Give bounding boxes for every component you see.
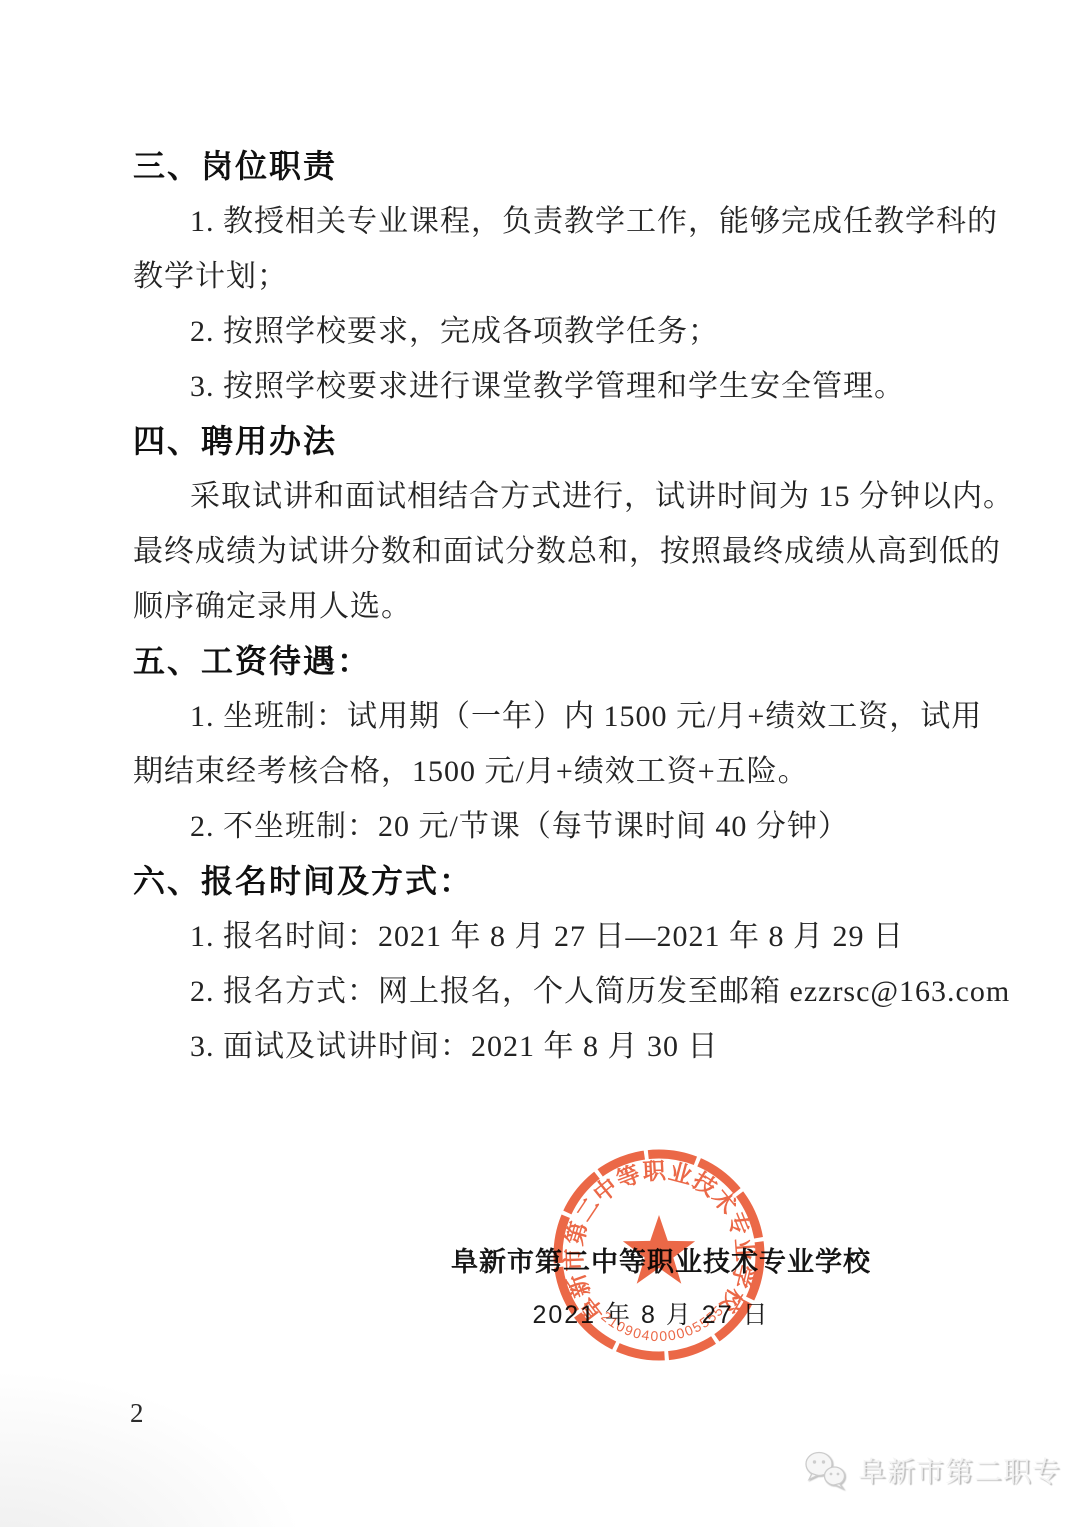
doc-line: 2. 不坐班制：20 元/节课（每节课时间 40 分钟） — [133, 799, 948, 854]
watermark-text: 阜新市第二职专 — [858, 1450, 1061, 1490]
doc-line: 3. 按照学校要求进行课堂教学管理和学生安全管理。 — [133, 359, 948, 414]
document-page: 三、岗位职责 1. 教授相关专业课程，负责教学工作，能够完成任教学科的 教学计划… — [0, 0, 1080, 1527]
doc-line: 最终成绩为试讲分数和面试分数总和，按照最终成绩从高到低的 — [133, 524, 948, 579]
doc-line: 顺序确定录用人选。 — [133, 579, 948, 634]
doc-line: 1. 教授相关专业课程，负责教学工作，能够完成任教学科的 — [133, 194, 948, 249]
wechat-watermark: 阜新市第二职专 — [804, 1450, 1061, 1490]
doc-line: 2. 报名方式：网上报名，个人简历发至邮箱 ezzrsc@163.com — [133, 964, 948, 1019]
doc-line: 1. 报名时间：2021 年 8 月 27 日—2021 年 8 月 29 日 — [133, 909, 948, 964]
doc-line: 1. 坐班制：试用期（一年）内 1500 元/月+绩效工资，试用 — [133, 689, 948, 744]
doc-line: 教学计划； — [133, 249, 948, 304]
doc-line: 期结束经考核合格，1500 元/月+绩效工资+五险。 — [133, 744, 948, 799]
heading-salary: 五、工资待遇： — [133, 634, 948, 689]
doc-line: 采取试讲和面试相结合方式进行，试讲时间为 15 分钟以内。 — [133, 469, 948, 524]
heading-post-duties: 三、岗位职责 — [133, 139, 948, 194]
page-number: 2 — [130, 1398, 144, 1429]
wechat-icon — [804, 1450, 846, 1490]
official-seal: 阜新市第二中等职业技术专业学校 210904000005555 — [549, 1145, 769, 1365]
heading-registration: 六、报名时间及方式： — [133, 854, 948, 909]
doc-line: 3. 面试及试讲时间：2021 年 8 月 30 日 — [133, 1019, 948, 1074]
doc-line: 2. 按照学校要求，完成各项教学任务； — [133, 304, 948, 359]
seal-graphic: 阜新市第二中等职业技术专业学校 210904000005555 — [549, 1145, 769, 1365]
document-body: 三、岗位职责 1. 教授相关专业课程，负责教学工作，能够完成任教学科的 教学计划… — [133, 139, 948, 1074]
heading-hiring-method: 四、聘用办法 — [133, 414, 948, 469]
star-icon — [623, 1215, 695, 1284]
